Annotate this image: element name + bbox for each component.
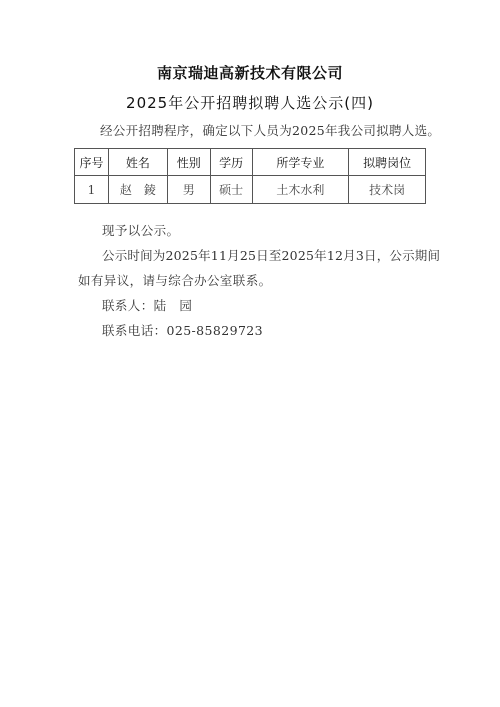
contact-person: 联系人：陆 园 — [102, 296, 192, 314]
page-title: 2025年公开招聘拟聘人选公示(四) — [0, 92, 500, 113]
cell-gender: 男 — [167, 176, 210, 204]
table-row: 1 赵 錂 男 硕士 土木水利 技术岗 — [75, 176, 426, 204]
period-line-2: 如有异议，请与综合办公室联系。 — [78, 271, 272, 289]
header-position: 拟聘岗位 — [349, 149, 426, 176]
candidate-table: 序号 姓名 性别 学历 所学专业 拟聘岗位 1 赵 錂 男 硕士 土木水利 技术… — [74, 148, 426, 204]
cell-index: 1 — [75, 176, 109, 204]
header-major: 所学专业 — [252, 149, 349, 176]
intro-paragraph: 经公开招聘程序，确定以下人员为2025年我公司拟聘人选。 — [100, 121, 440, 139]
company-name: 南京瑞迪高新技术有限公司 — [0, 62, 500, 83]
cell-education: 硕士 — [210, 176, 252, 204]
notice-text: 现予以公示。 — [102, 221, 179, 239]
contact-phone: 联系电话：025-85829723 — [102, 321, 263, 339]
header-name: 姓名 — [108, 149, 167, 176]
period-line-1: 公示时间为2025年11月25日至2025年12月3日，公示期间 — [102, 246, 440, 264]
table-header-row: 序号 姓名 性别 学历 所学专业 拟聘岗位 — [75, 149, 426, 176]
document-page: 南京瑞迪高新技术有限公司 2025年公开招聘拟聘人选公示(四) 经公开招聘程序，… — [0, 0, 500, 707]
header-gender: 性别 — [167, 149, 210, 176]
header-index: 序号 — [75, 149, 109, 176]
cell-position: 技术岗 — [349, 176, 426, 204]
cell-name: 赵 錂 — [108, 176, 167, 204]
cell-major: 土木水利 — [252, 176, 349, 204]
header-education: 学历 — [210, 149, 252, 176]
